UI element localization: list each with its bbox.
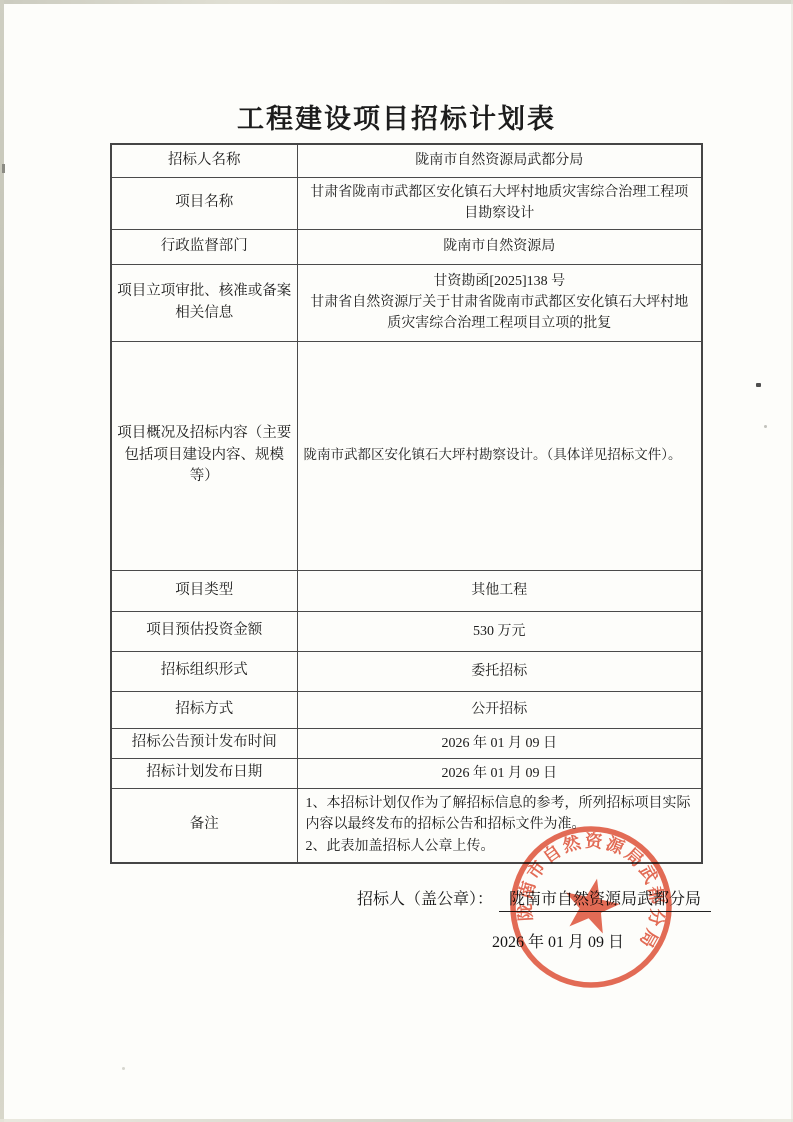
row-label-announcement-date: 招标公告预计发布时间 bbox=[111, 728, 297, 758]
remarks-item-1: 1、本招标计划仅作为了解招标信息的参考，所列招标项目实际内容以最终发布的招标公告… bbox=[306, 793, 694, 836]
approval-doc-number: 甘资勘函[2025]138 号 bbox=[304, 271, 696, 292]
row-label-plan-release-date: 招标计划发布日期 bbox=[111, 758, 297, 788]
signature-date: 2026 年 01 月 09 日 bbox=[492, 929, 624, 952]
scanned-document-page: 工程建设项目招标计划表 招标人名称 陇南市自然资源局武都分局 项目名称 甘肃省陇… bbox=[0, 0, 793, 1122]
row-value-remarks: 1、本招标计划仅作为了解招标信息的参考，所列招标项目实际内容以最终发布的招标公告… bbox=[297, 788, 702, 863]
row-label-supervisory-dept: 行政监督部门 bbox=[111, 229, 297, 264]
row-value-approval-info: 甘资勘函[2025]138 号 甘肃省自然资源厅关于甘肃省陇南市武都区安化镇石大… bbox=[297, 264, 702, 341]
overview-label-line1: 项目概况及招标内容（主要 bbox=[116, 423, 293, 445]
overview-label-line2: 包括项目建设内容、规模等） bbox=[116, 445, 293, 489]
row-label-approval-info: 项目立项审批、核准或备案 相关信息 bbox=[111, 264, 297, 341]
scan-speck bbox=[764, 425, 767, 428]
row-value-project-name: 甘肃省陇南市武都区安化镇石大坪村地质灾害综合治理工程项目勘察设计 bbox=[297, 177, 702, 229]
table-row: 项目立项审批、核准或备案 相关信息 甘资勘函[2025]138 号 甘肃省自然资… bbox=[111, 264, 702, 341]
scan-speck bbox=[756, 383, 761, 387]
row-value-bidding-method: 公开招标 bbox=[297, 691, 702, 728]
scan-edge-top bbox=[0, 0, 793, 4]
approval-label-line2: 相关信息 bbox=[116, 303, 293, 325]
signature-row: 招标人（盖公章）：陇南市自然资源局武都分局 bbox=[357, 886, 711, 912]
bidding-plan-table: 招标人名称 陇南市自然资源局武都分局 项目名称 甘肃省陇南市武都区安化镇石大坪村… bbox=[110, 143, 703, 864]
row-value-supervisory-dept: 陇南市自然资源局 bbox=[297, 229, 702, 264]
table-row: 备注 1、本招标计划仅作为了解招标信息的参考，所列招标项目实际内容以最终发布的招… bbox=[111, 788, 702, 863]
table-row: 招标计划发布日期 2026 年 01 月 09 日 bbox=[111, 758, 702, 788]
row-value-estimated-investment: 530 万元 bbox=[297, 611, 702, 651]
row-label-organization-form: 招标组织形式 bbox=[111, 651, 297, 691]
approval-label-line1: 项目立项审批、核准或备案 bbox=[116, 281, 293, 303]
table-row: 行政监督部门 陇南市自然资源局 bbox=[111, 229, 702, 264]
table-row: 招标方式 公开招标 bbox=[111, 691, 702, 728]
row-value-bidder-name: 陇南市自然资源局武都分局 bbox=[297, 144, 702, 177]
row-label-project-type: 项目类型 bbox=[111, 570, 297, 611]
table-row: 项目概况及招标内容（主要 包括项目建设内容、规模等） 陇南市武都区安化镇石大坪村… bbox=[111, 341, 702, 570]
table-row: 项目类型 其他工程 bbox=[111, 570, 702, 611]
signature-bidder-name: 陇南市自然资源局武都分局 bbox=[499, 886, 711, 912]
table-row: 项目预估投资金额 530 万元 bbox=[111, 611, 702, 651]
table-row: 招标人名称 陇南市自然资源局武都分局 bbox=[111, 144, 702, 177]
document-title: 工程建设项目招标计划表 bbox=[0, 97, 793, 136]
row-value-plan-release-date: 2026 年 01 月 09 日 bbox=[297, 758, 702, 788]
scan-speck bbox=[122, 1067, 125, 1070]
row-label-estimated-investment: 项目预估投资金额 bbox=[111, 611, 297, 651]
row-value-project-type: 其他工程 bbox=[297, 570, 702, 611]
remarks-item-2: 2、此表加盖招标人公章上传。 bbox=[306, 836, 694, 858]
row-label-project-overview: 项目概况及招标内容（主要 包括项目建设内容、规模等） bbox=[111, 341, 297, 570]
table-row: 招标组织形式 委托招标 bbox=[111, 651, 702, 691]
row-label-bidder-name: 招标人名称 bbox=[111, 144, 297, 177]
table-row: 项目名称 甘肃省陇南市武都区安化镇石大坪村地质灾害综合治理工程项目勘察设计 bbox=[111, 177, 702, 229]
table-row: 招标公告预计发布时间 2026 年 01 月 09 日 bbox=[111, 728, 702, 758]
signature-label: 招标人（盖公章）： bbox=[357, 891, 493, 908]
row-value-announcement-date: 2026 年 01 月 09 日 bbox=[297, 728, 702, 758]
approval-doc-title: 甘肃省自然资源厅关于甘肃省陇南市武都区安化镇石大坪村地质灾害综合治理工程项目立项… bbox=[304, 292, 696, 334]
scan-speck bbox=[2, 164, 5, 173]
row-label-remarks: 备注 bbox=[111, 788, 297, 863]
row-label-project-name: 项目名称 bbox=[111, 177, 297, 229]
row-value-project-overview: 陇南市武都区安化镇石大坪村勘察设计。（具体详见招标文件）。 bbox=[297, 341, 702, 570]
row-value-organization-form: 委托招标 bbox=[297, 651, 702, 691]
row-label-bidding-method: 招标方式 bbox=[111, 691, 297, 728]
